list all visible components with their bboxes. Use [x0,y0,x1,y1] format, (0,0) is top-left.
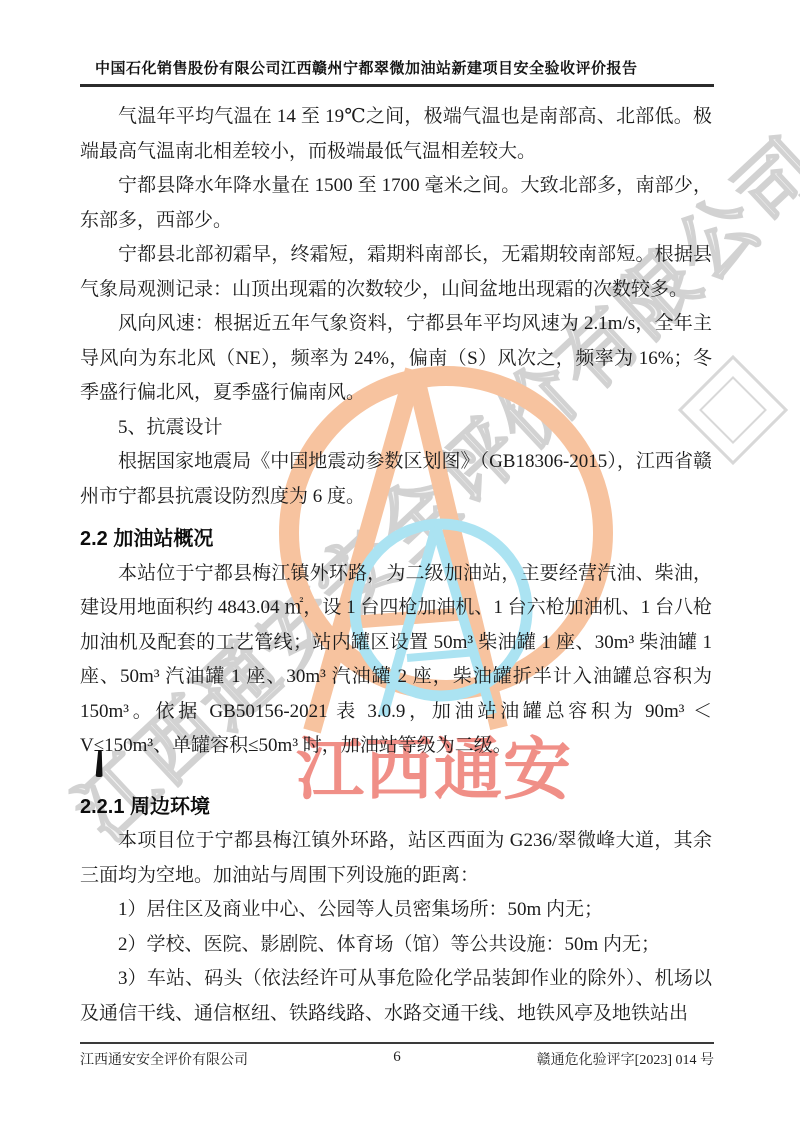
paragraph: 宁都县降水年降水量在 1500 至 1700 毫米之间。大致北部多，南部少，东部… [80,169,712,238]
paragraph: 3）车站、码头（依法经许可从事危险化学品装卸作业的除外）、机场以及通信干线、通信… [80,962,712,1031]
document-body: 气温年平均气温在 14 至 19℃之间，极端气温也是南部高、北部低。极端最高气温… [80,100,712,1031]
header-title: 中国石化销售股份有限公司江西赣州宁都翠微加油站新建项目安全验收评价报告 [95,57,638,78]
paragraph: 2）学校、医院、影剧院、体育场（馆）等公共设施：50m 内无； [80,928,712,963]
paragraph: 本站位于宁都县梅江镇外环路，为二级加油站，主要经营汽油、柴油，建设用地面积约 4… [80,557,712,764]
header-rule [80,84,714,87]
paragraph: 本项目位于宁都县梅江镇外环路，站区西面为 G236/翠微峰大道，其余三面均为空地… [80,824,712,893]
paragraph: 根据国家地震局《中国地震动参数区划图》（GB18306-2015），江西省赣州市… [80,445,712,514]
footer-rule [80,1042,714,1044]
paragraph: 气温年平均气温在 14 至 19℃之间，极端气温也是南部高、北部低。极端最高气温… [80,100,712,169]
report-page: 江西通安安全评价有限公司 江西通安 中国石化销售股份有限公司江西赣州宁都翠微加油… [0,0,800,1131]
paragraph: 宁都县北部初霜早，终霜短，霜期料南部长，无霜期较南部短。根据县气象局观测记录：山… [80,238,712,307]
footer-doc-number: 赣通危化验评字[2023] 014 号 [537,1049,714,1069]
paragraph: 风向风速：根据近五年气象资料，宁都县年平均风速为 2.1m/s，全年主导风向为东… [80,307,712,411]
page-footer: 6 江西通安安全评价有限公司 赣通危化验评字[2023] 014 号 [80,1049,714,1069]
section-heading: 2.2 加油站概况 [80,522,712,557]
footer-company-name: 江西通安安全评价有限公司 [80,1049,248,1069]
paragraph: 5、抗震设计 [80,411,712,446]
paragraph: 1）居住区及商业中心、公园等人员密集场所：50m 内无； [80,893,712,928]
section-heading: 2.2.1 周边环境 [80,790,712,825]
